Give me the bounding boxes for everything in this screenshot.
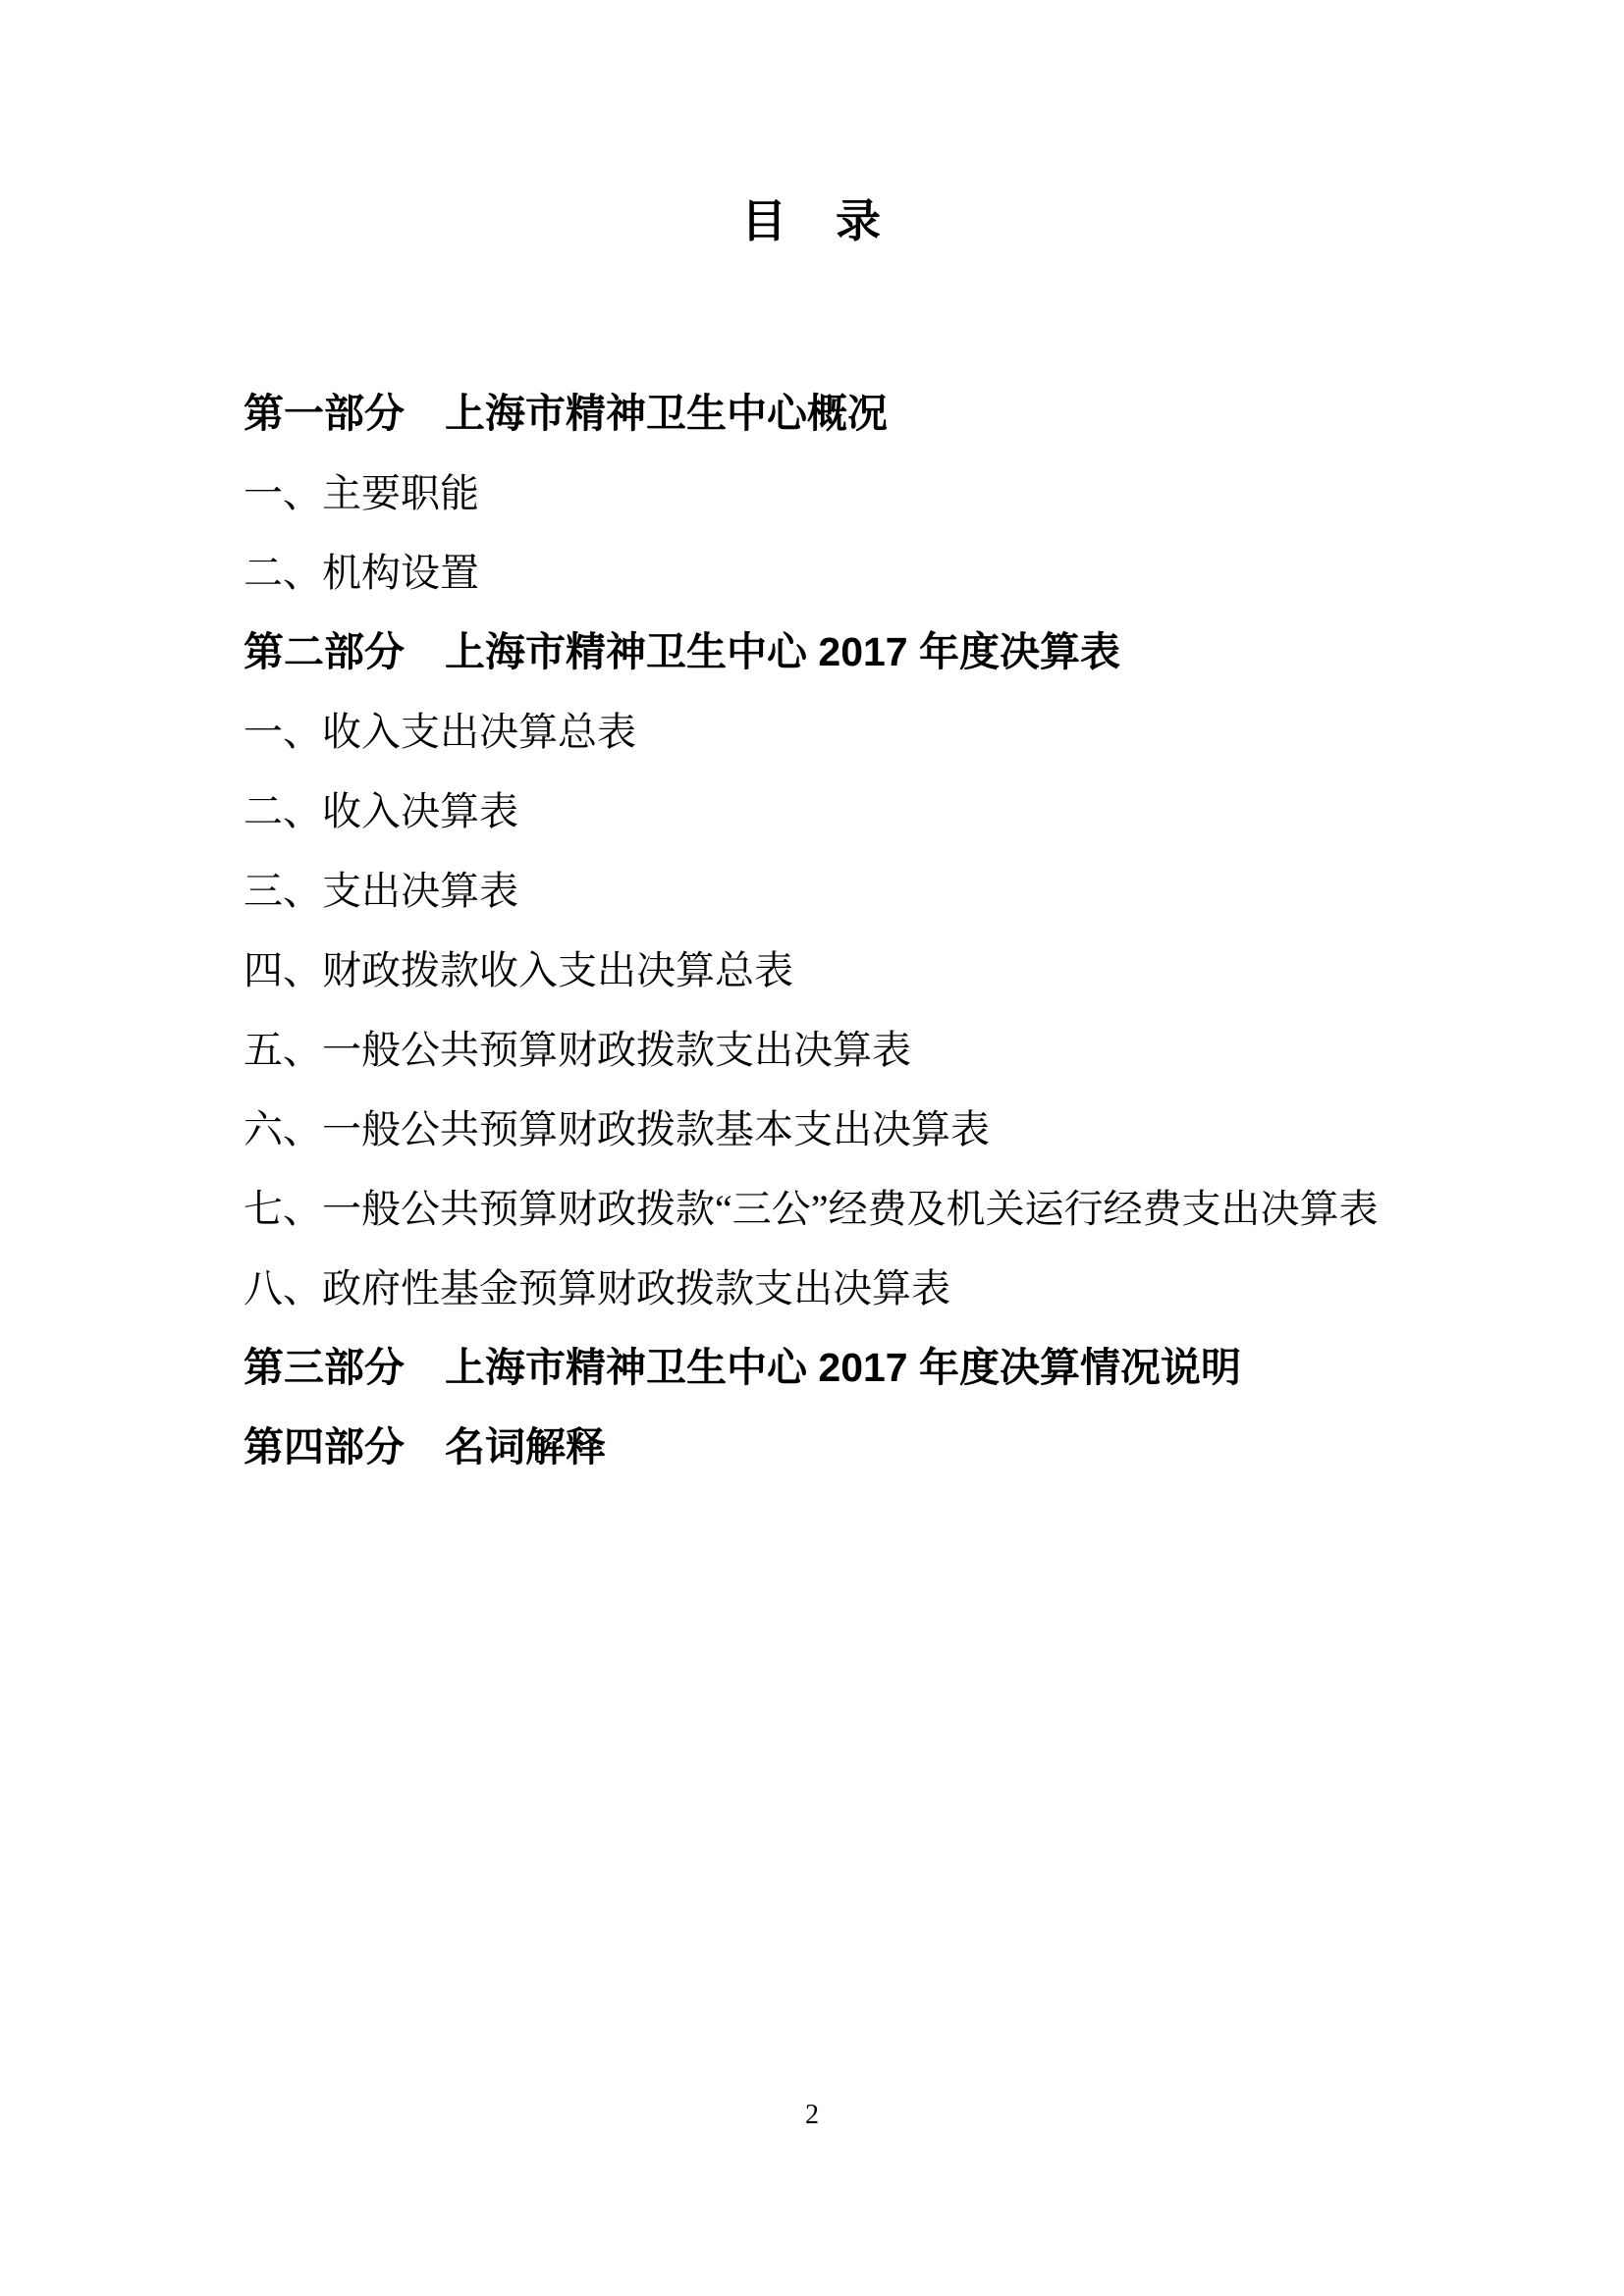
toc-entry-income-table: 二、收入决算表 — [244, 772, 1382, 851]
toc-entry-main-functions: 一、主要职能 — [244, 454, 1382, 533]
toc-entry-fiscal-appropriation-summary: 四、财政拨款收入支出决算总表 — [244, 931, 1382, 1010]
page-title: 目 录 — [0, 192, 1624, 249]
page-number: 2 — [0, 2099, 1624, 2132]
toc-entry-expense-table: 三、支出决算表 — [244, 851, 1382, 931]
toc-entry-income-expense-summary: 一、收入支出决算总表 — [244, 692, 1382, 772]
toc-part-2-final-accounts-tables: 第二部分 上海市精神卫生中心 2017 年度决算表 — [244, 613, 1382, 692]
toc-entry-three-public-funds: 七、一般公共预算财政拨款“三公”经费及机关运行经费支出决算表 — [244, 1169, 1382, 1249]
toc-part-3-final-accounts-notes: 第三部分 上海市精神卫生中心 2017 年度决算情况说明 — [244, 1328, 1382, 1408]
toc-part-4-glossary: 第四部分 名词解释 — [244, 1408, 1382, 1487]
toc-entry-general-budget-basic-expense: 六、一般公共预算财政拨款基本支出决算表 — [244, 1090, 1382, 1169]
toc-entry-organization-setup: 二、机构设置 — [244, 533, 1382, 613]
table-of-contents: 第一部分 上海市精神卫生中心概况 一、主要职能 二、机构设置 第二部分 上海市精… — [244, 374, 1382, 1487]
toc-entry-government-fund-budget: 八、政府性基金预算财政拨款支出决算表 — [244, 1249, 1382, 1328]
document-page: { "page": { "title": "目 录", "page_number… — [0, 0, 1624, 2296]
toc-entry-general-budget-expense: 五、一般公共预算财政拨款支出决算表 — [244, 1010, 1382, 1090]
toc-part-1-overview: 第一部分 上海市精神卫生中心概况 — [244, 374, 1382, 454]
